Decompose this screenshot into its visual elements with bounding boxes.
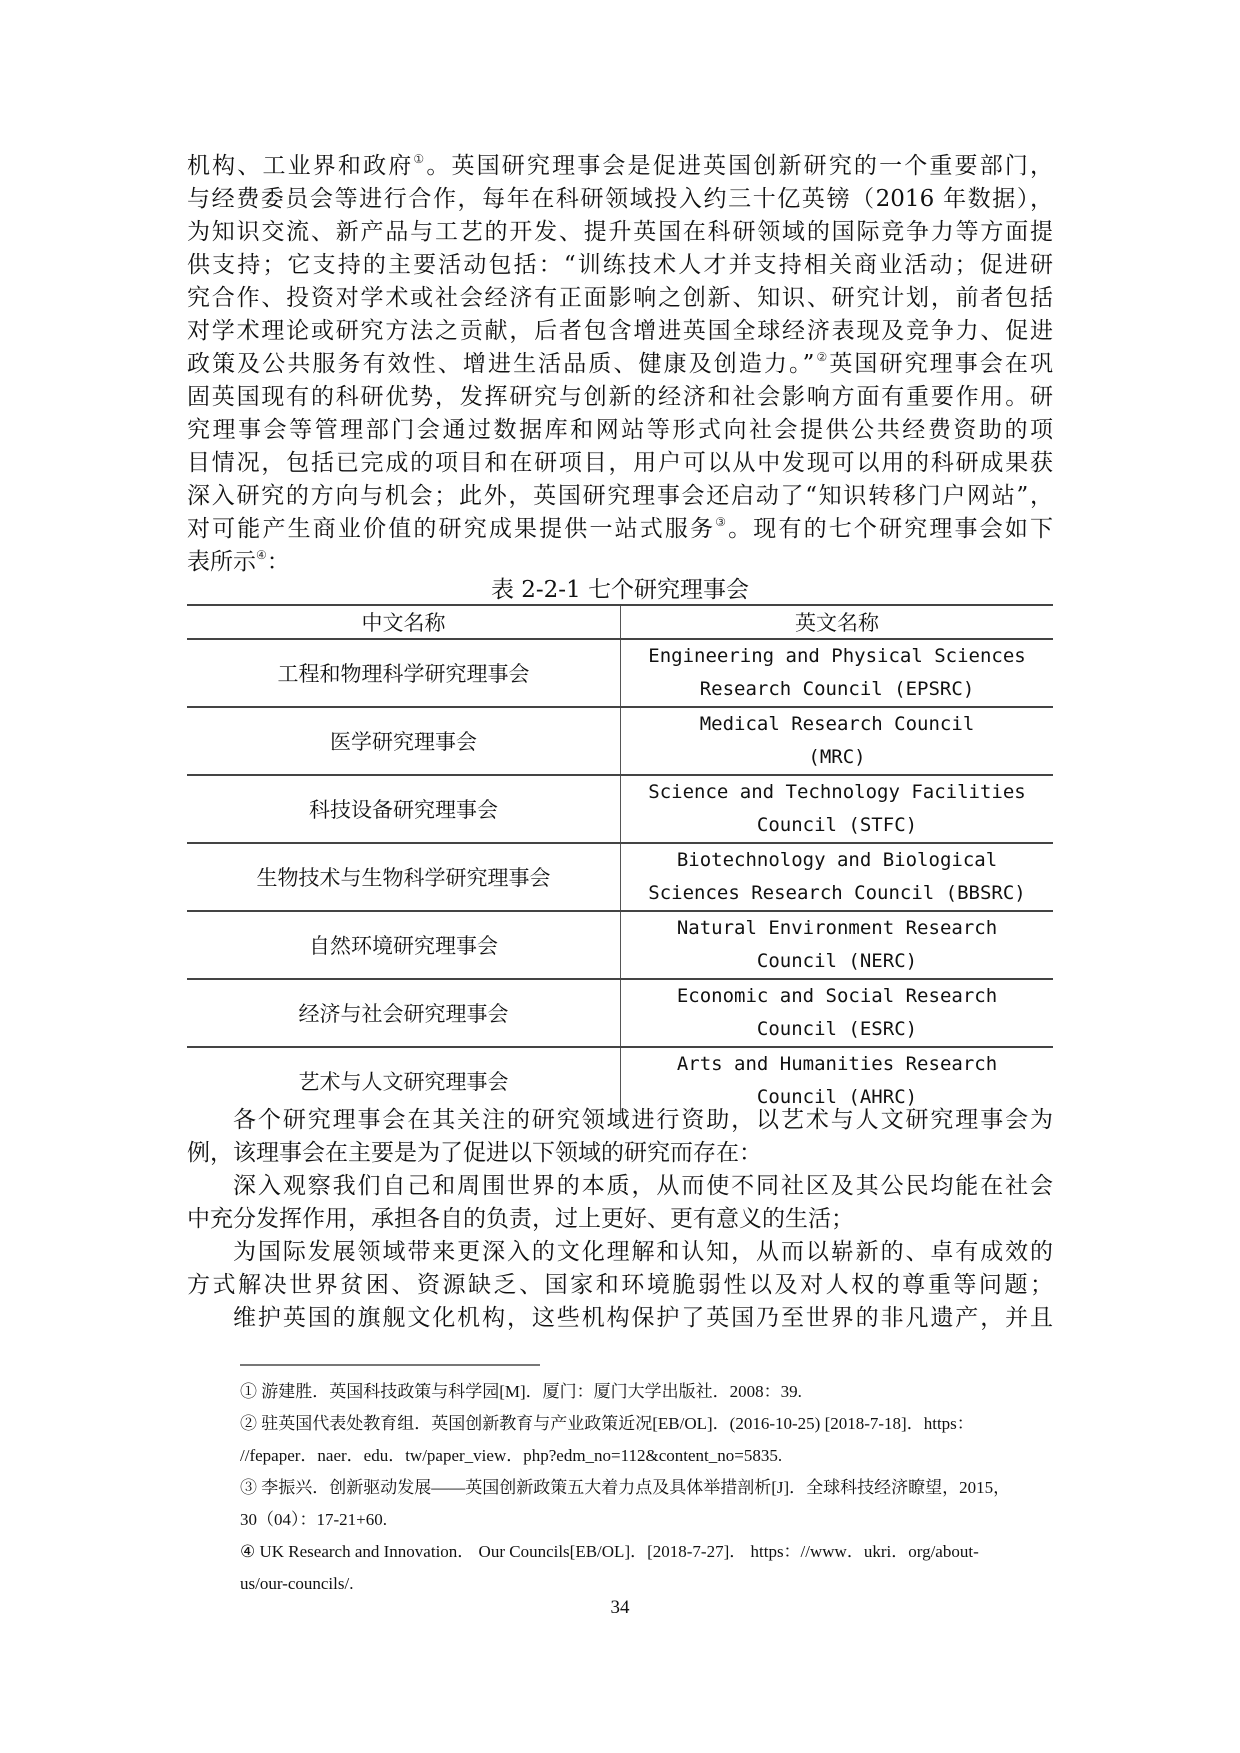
footnote-4: ④ UK Research and Innovation． Our Counci… xyxy=(240,1536,1055,1600)
page-number: 34 xyxy=(0,1597,1240,1619)
text-line: 中充分发挥作用，承担各自的负责，过上更好、更有意义的生活； xyxy=(187,1203,1053,1236)
councils-table: 中文名称 英文名称 工程和物理科学研究理事会 Engineering and P… xyxy=(187,604,1053,1114)
footnotes: ① 游建胜．英国科技政策与科学园[M]．厦门：厦门大学出版社．2008：39. … xyxy=(240,1376,1055,1600)
body-paragraph-bottom: 各个研究理事会在其关注的研究领域进行资助，以艺术与人文研究理事会为 例，该理事会… xyxy=(187,1104,1053,1335)
cell-english-name: Economic and Social ResearchCouncil (ESR… xyxy=(621,979,1054,1047)
table-header-row: 中文名称 英文名称 xyxy=(187,605,1053,639)
footnote-link[interactable]: us/our-councils/. xyxy=(240,1568,1055,1600)
footnote-ref-3[interactable]: ③ xyxy=(715,515,728,529)
text-line: 政策及公共服务有效性、增进生活品质、健康及创造力。”②英国研究理事会在巩 xyxy=(187,348,1053,381)
text-line: 固英国现有的科研优势，发挥研究与创新的经济和社会影响方面有重要作用。研 xyxy=(187,381,1053,414)
table-row: 生物技术与生物科学研究理事会 Biotechnology and Biologi… xyxy=(187,843,1053,911)
text-line: 为知识交流、新产品与工艺的开发、提升英国在科研领域的国际竞争力等方面提 xyxy=(187,216,1053,249)
document-page: 机构、工业界和政府①。英国研究理事会是促进英国创新研究的一个重要部门， 与经费委… xyxy=(0,0,1240,1753)
table-row: 科技设备研究理事会 Science and Technology Facilit… xyxy=(187,775,1053,843)
table-row: 自然环境研究理事会 Natural Environment ResearchCo… xyxy=(187,911,1053,979)
footnote-separator xyxy=(240,1364,540,1366)
cell-chinese-name: 经济与社会研究理事会 xyxy=(187,979,621,1047)
footnote-link[interactable]: ④ UK Research and Innovation． Our Counci… xyxy=(240,1536,1055,1568)
cell-english-name: Natural Environment ResearchCouncil (NER… xyxy=(621,911,1054,979)
cell-english-name: Medical Research Council(MRC) xyxy=(621,707,1054,775)
cell-chinese-name: 自然环境研究理事会 xyxy=(187,911,621,979)
cell-english-name: Biotechnology and BiologicalSciences Res… xyxy=(621,843,1054,911)
text-line: 深入研究的方向与机会；此外，英国研究理事会还启动了“知识转移门户网站”， xyxy=(187,480,1053,513)
footnote-2: ② 驻英国代表处教育组．英国创新教育与产业政策近况[EB/OL]．(2016-1… xyxy=(240,1408,1055,1472)
table-row: 经济与社会研究理事会 Economic and Social ResearchC… xyxy=(187,979,1053,1047)
text-line: 机构、工业界和政府①。英国研究理事会是促进英国创新研究的一个重要部门， xyxy=(187,150,1053,183)
text-line: 供支持；它支持的主要活动包括：“训练技术人才并支持相关商业活动；促进研 xyxy=(187,249,1053,282)
header-english-name: 英文名称 xyxy=(621,605,1054,639)
cell-chinese-name: 科技设备研究理事会 xyxy=(187,775,621,843)
text-line: 深入观察我们自己和周围世界的本质，从而使不同社区及其公民均能在社会 xyxy=(187,1170,1053,1203)
footnote-ref-4[interactable]: ④ xyxy=(256,548,267,562)
text-line: 目情况，包括已完成的项目和在研项目，用户可以从中发现可以用的科研成果获 xyxy=(187,447,1053,480)
cell-english-name: Science and Technology FacilitiesCouncil… xyxy=(621,775,1054,843)
text-line: 对学术理论或研究方法之贡献，后者包含增进英国全球经济表现及竞争力、促进 xyxy=(187,315,1053,348)
table-caption: 表 2-2-1 七个研究理事会 xyxy=(187,571,1053,604)
header-chinese-name: 中文名称 xyxy=(187,605,621,639)
cell-chinese-name: 医学研究理事会 xyxy=(187,707,621,775)
footnote-ref-1[interactable]: ① xyxy=(413,152,426,166)
footnote-ref-2[interactable]: ② xyxy=(814,350,829,364)
text-line: 究理事会等管理部门会通过数据库和网站等形式向社会提供公共经费资助的项 xyxy=(187,414,1053,447)
footnote-1: ① 游建胜．英国科技政策与科学园[M]．厦门：厦门大学出版社．2008：39. xyxy=(240,1376,1055,1408)
text-line: 对可能产生商业价值的研究成果提供一站式服务③。现有的七个研究理事会如下 xyxy=(187,513,1053,546)
cell-chinese-name: 工程和物理科学研究理事会 xyxy=(187,639,621,707)
text-line: 例，该理事会在主要是为了促进以下领域的研究而存在： xyxy=(187,1137,1053,1170)
table-row: 工程和物理科学研究理事会 Engineering and Physical Sc… xyxy=(187,639,1053,707)
text-line: 方式解决世界贫困、资源缺乏、国家和环境脆弱性以及对人权的尊重等问题； xyxy=(187,1269,1053,1302)
text-line: 维护英国的旗舰文化机构，这些机构保护了英国乃至世界的非凡遗产，并且 xyxy=(187,1302,1053,1335)
text-line: 究合作、投资对学术或社会经济有正面影响之创新、知识、研究计划，前者包括 xyxy=(187,282,1053,315)
text-line: 为国际发展领域带来更深入的文化理解和认知，从而以崭新的、卓有成效的 xyxy=(187,1236,1053,1269)
cell-english-name: Engineering and Physical SciencesResearc… xyxy=(621,639,1054,707)
cell-chinese-name: 生物技术与生物科学研究理事会 xyxy=(187,843,621,911)
text-line: 各个研究理事会在其关注的研究领域进行资助，以艺术与人文研究理事会为 xyxy=(187,1104,1053,1137)
body-paragraph-top: 机构、工业界和政府①。英国研究理事会是促进英国创新研究的一个重要部门， 与经费委… xyxy=(187,150,1053,579)
footnote-3: ③ 李振兴．创新驱动发展——英国创新政策五大着力点及具体举措剖析[J]．全球科技… xyxy=(240,1472,1055,1536)
text-line: 与经费委员会等进行合作，每年在科研领域投入约三十亿英镑（2016 年数据）， xyxy=(187,183,1053,216)
footnote-link[interactable]: //fepaper．naer．edu．tw/paper_view．php?edm… xyxy=(240,1440,1055,1472)
table-row: 医学研究理事会 Medical Research Council(MRC) xyxy=(187,707,1053,775)
